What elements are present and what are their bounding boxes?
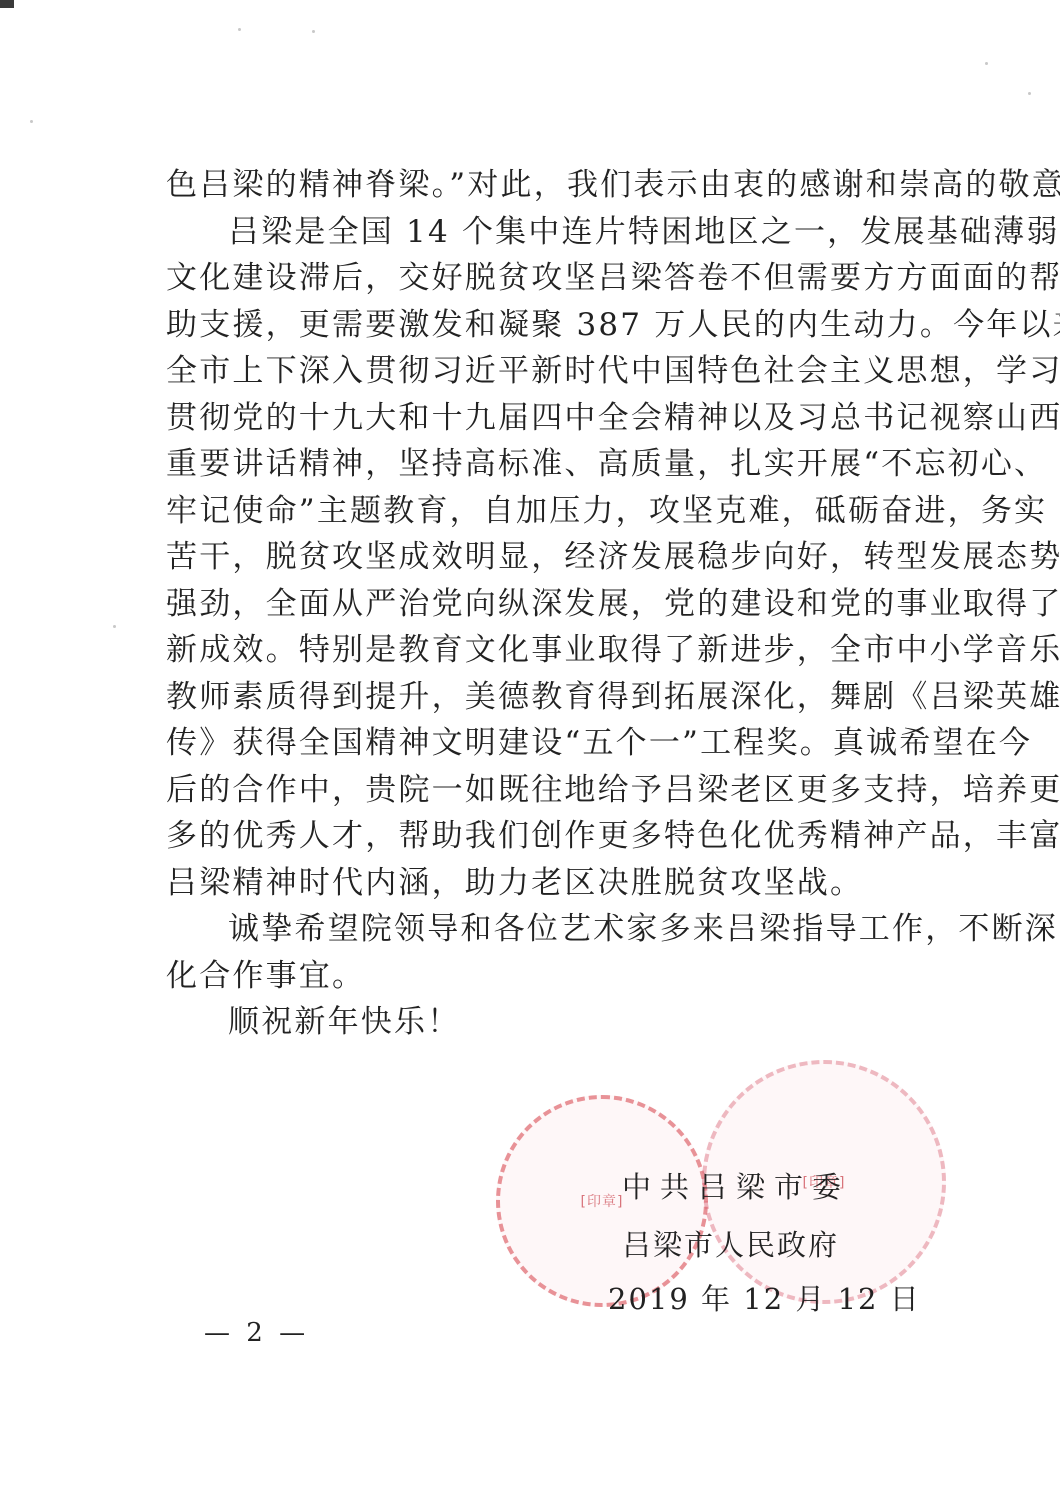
- text-line: 教师素质得到提升，美德教育得到拓展深化，舞剧《吕梁英雄: [166, 674, 946, 721]
- scan-speck: [113, 625, 116, 628]
- text-line: 文化建设滞后，交好脱贫攻坚吕梁答卷不但需要方方面面的帮: [166, 255, 946, 302]
- text-line: 新成效。特别是教育文化事业取得了新进步，全市中小学音乐: [166, 627, 946, 674]
- text-line: 贯彻党的十九大和十九届四中全会精神以及习总书记视察山西: [166, 395, 946, 442]
- letter-body: 色吕梁的精神脊梁。”对此，我们表示由衷的感谢和崇高的敬意。吕梁是全国 14 个集…: [166, 162, 946, 1046]
- scan-speck: [985, 62, 988, 65]
- scan-corner-mark: [0, 0, 14, 8]
- signature-party-committee: 中共吕梁市委: [622, 1165, 850, 1206]
- scan-speck: [312, 30, 315, 33]
- text-line: 诚挚希望院领导和各位艺术家多来吕梁指导工作，不断深: [166, 906, 946, 953]
- text-line: 重要讲话精神，坚持高标准、高质量，扎实开展“不忘初心、: [166, 441, 946, 488]
- scan-speck: [30, 120, 33, 123]
- text-line: 牢记使命”主题教育，自加压力，攻坚克难，砥砺奋进，务实: [166, 488, 946, 535]
- text-line: 顺祝新年快乐！: [166, 999, 946, 1046]
- text-line: 后的合作中，贵院一如既往地给予吕梁老区更多支持，培养更: [166, 767, 946, 814]
- text-line: 全市上下深入贯彻习近平新时代中国特色社会主义思想，学习: [166, 348, 946, 395]
- page-number: — 2 —: [204, 1318, 309, 1348]
- text-line: 传》获得全国精神文明建设“五个一”工程奖。真诚希望在今: [166, 720, 946, 767]
- text-line: 吕梁是全国 14 个集中连片特困地区之一，发展基础薄弱，: [166, 209, 946, 256]
- scan-speck: [1028, 92, 1031, 95]
- text-line: 多的优秀人才，帮助我们创作更多特色化优秀精神产品，丰富: [166, 813, 946, 860]
- text-line: 化合作事宜。: [166, 953, 946, 1000]
- text-line: 苦干，脱贫攻坚成效明显，经济发展稳步向好，转型发展态势: [166, 534, 946, 581]
- signature-government: 吕梁市人民政府: [622, 1223, 839, 1264]
- text-line: 吕梁精神时代内涵，助力老区决胜脱贫攻坚战。: [166, 860, 946, 907]
- text-line: 色吕梁的精神脊梁。”对此，我们表示由衷的感谢和崇高的敬意。: [166, 162, 946, 209]
- text-line: 强劲，全面从严治党向纵深发展，党的建设和党的事业取得了: [166, 581, 946, 628]
- signature-date: 2019 年 12 月 12 日: [608, 1277, 921, 1318]
- seal-placeholder-label: [印章]: [581, 1191, 624, 1211]
- scan-speck: [238, 28, 241, 31]
- text-line: 助支援，更需要激发和凝聚 387 万人民的内生动力。今年以来，: [166, 302, 946, 349]
